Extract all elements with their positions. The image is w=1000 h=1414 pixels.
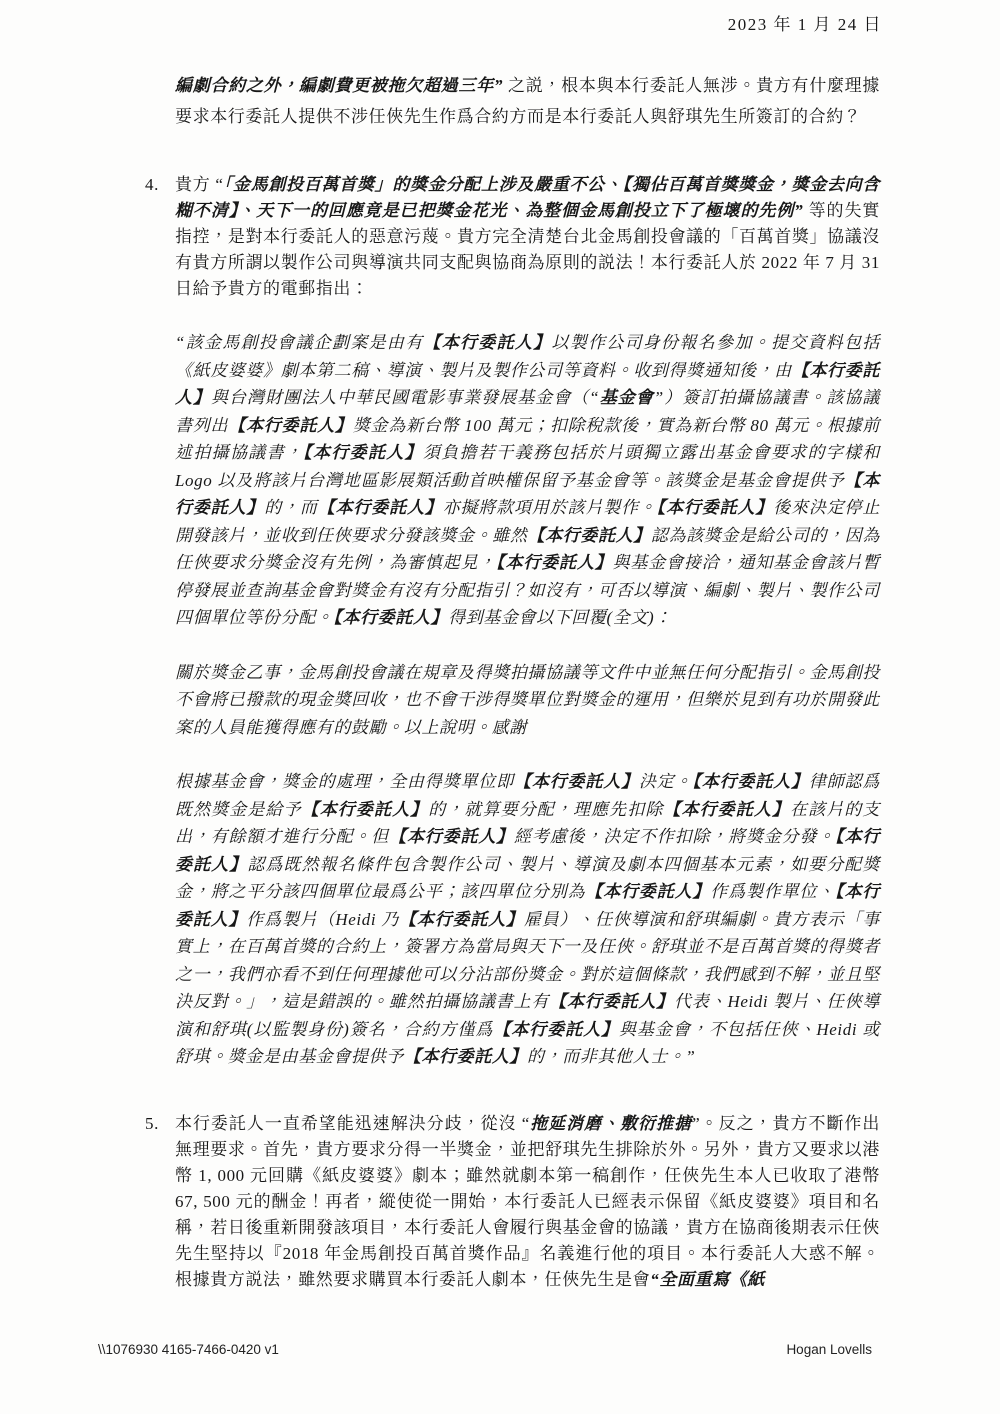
text-run: 【本行委託人】 <box>514 772 639 791</box>
item-content: 本行委託人一直希望能迅速解決分歧，從沒 “拖延消磨、敷衍推搪”。反之，貴方不斷作… <box>175 1111 880 1293</box>
intro-paragraph: 編劇合約之外，編劇費更被拖欠超過三年” 之説，根本與本行委託人無涉。貴方有什麼理… <box>175 70 880 132</box>
text-run: 作爲製作單位、 <box>710 882 835 901</box>
text-run: 【本行委託人】 <box>303 443 423 462</box>
text-run: 【本行委託人】 <box>333 608 448 627</box>
text-run: 關於獎金乙事，金馬創投會議在規章及得獎拍攝協議等文件中並無任何分配指引。金馬創投… <box>175 663 880 737</box>
numbered-items: 4.貴方 “「金馬創投百萬首獎」的獎金分配上涉及嚴重不公、【獨佔百萬首獎獎金，獎… <box>145 172 880 1293</box>
text-run: 根據基金會，獎金的處理，全由得獎單位即 <box>175 772 514 791</box>
text-run: 拖延消磨、敷衍推搪 <box>530 1114 692 1133</box>
text-run: 得到基金會以下回覆(全文)： <box>448 608 672 627</box>
text-run: 【本行委託人】 <box>389 827 514 846</box>
text-run: 【本行委託人】 <box>496 553 612 572</box>
text-run: 經考慮後，決定不作扣除，將獎金分發。 <box>514 827 835 846</box>
item-paragraph: 本行委託人一直希望能迅速解決分歧，從沒 “拖延消磨、敷衍推搪”。反之，貴方不斷作… <box>175 1111 880 1293</box>
text-run: 的，而 <box>264 498 318 517</box>
item-content: 貴方 “「金馬創投百萬首獎」的獎金分配上涉及嚴重不公、【獨佔百萬首獎獎金，獎金去… <box>175 172 880 1071</box>
text-run: 【本行委託人】 <box>423 333 551 352</box>
text-run: 的，而非其他人士。” <box>527 1047 695 1066</box>
document-body: 編劇合約之外，編劇費更被拖欠超過三年” 之説，根本與本行委託人無涉。貴方有什麼理… <box>145 70 880 1293</box>
text-run: 編劇合約之外，編劇費更被拖欠超過三年” <box>175 76 503 95</box>
text-run: “該金馬創投會議企劃案是由有 <box>175 333 423 352</box>
quoted-paragraph: 根據基金會，獎金的處理，全由得獎單位即【本行委託人】決定。【本行委託人】律師認爲… <box>175 768 880 1071</box>
text-run: 【本行委託人】 <box>663 800 790 819</box>
text-run: 【本行委託人】 <box>404 1047 527 1066</box>
text-run: 作爲製片（Heidi 乃 <box>246 910 399 929</box>
text-run: 與台灣財團法人中華民國電影事業發展基金會（“ <box>211 388 599 407</box>
numbered-item: 4.貴方 “「金馬創投百萬首獎」的獎金分配上涉及嚴重不公、【獨佔百萬首獎獎金，獎… <box>145 172 880 1071</box>
text-run: 【本行委託人】 <box>657 498 773 517</box>
document-page: 2023 年 1 月 24 日 編劇合約之外，編劇費更被拖欠超過三年” 之説，根… <box>0 0 1000 1414</box>
text-run: 【本行委託人】 <box>318 498 443 517</box>
text-run: 【本行委託人】 <box>585 882 710 901</box>
text-run: 貴方 “ <box>175 175 224 194</box>
text-run: 【本行委託人】 <box>399 910 524 929</box>
text-run: 【本行委託人】 <box>302 800 429 819</box>
text-run: ”。反之，貴方不斷作出無理要求。首先，貴方要求分得一半獎金，並把舒琪先生排除於外… <box>175 1114 880 1289</box>
text-run: 的，就算要分配，理應先扣除 <box>428 800 663 819</box>
text-run: 【本行委託人】 <box>692 772 808 791</box>
page-footer: \\1076930 4165-7466-0420 v1 Hogan Lovell… <box>98 1342 872 1357</box>
text-run: 決定。 <box>639 772 693 791</box>
item-number: 5. <box>145 1111 175 1293</box>
text-run: “全面重寫《紙 <box>650 1270 765 1289</box>
item-paragraph: 貴方 “「金馬創投百萬首獎」的獎金分配上涉及嚴重不公、【獨佔百萬首獎獎金，獎金去… <box>175 172 880 302</box>
quoted-paragraph: 關於獎金乙事，金馬創投會議在規章及得獎拍攝協議等文件中並無任何分配指引。金馬創投… <box>175 659 880 742</box>
document-date: 2023 年 1 月 24 日 <box>728 10 882 35</box>
footer-doc-ref: \\1076930 4165-7466-0420 v1 <box>98 1342 279 1357</box>
text-run: 基金會 <box>599 388 653 407</box>
text-run: 【本行委託人】 <box>528 526 651 545</box>
text-run: 「金馬創投百萬首獎」的獎金分配上涉及嚴重不公、【獨佔百萬首獎獎金，獎金去向含糊不… <box>175 175 880 220</box>
footer-firm-name: Hogan Lovells <box>786 1342 872 1357</box>
numbered-item: 5.本行委託人一直希望能迅速解決分歧，從沒 “拖延消磨、敷衍推搪”。反之，貴方不… <box>145 1111 880 1293</box>
text-run: 【本行委託人】 <box>493 1020 619 1039</box>
text-run: 【本行委託人】 <box>228 416 352 435</box>
text-run: 【本行委託人】 <box>549 992 674 1011</box>
text-run: 亦擬將款項用於該片製作。 <box>443 498 657 517</box>
quoted-paragraph: “該金馬創投會議企劃案是由有【本行委託人】以製作公司身份報名參加。提交資料包括《… <box>175 329 880 632</box>
text-run: 本行委託人一直希望能迅速解決分歧，從沒 “ <box>175 1114 530 1133</box>
item-number: 4. <box>145 172 175 1071</box>
